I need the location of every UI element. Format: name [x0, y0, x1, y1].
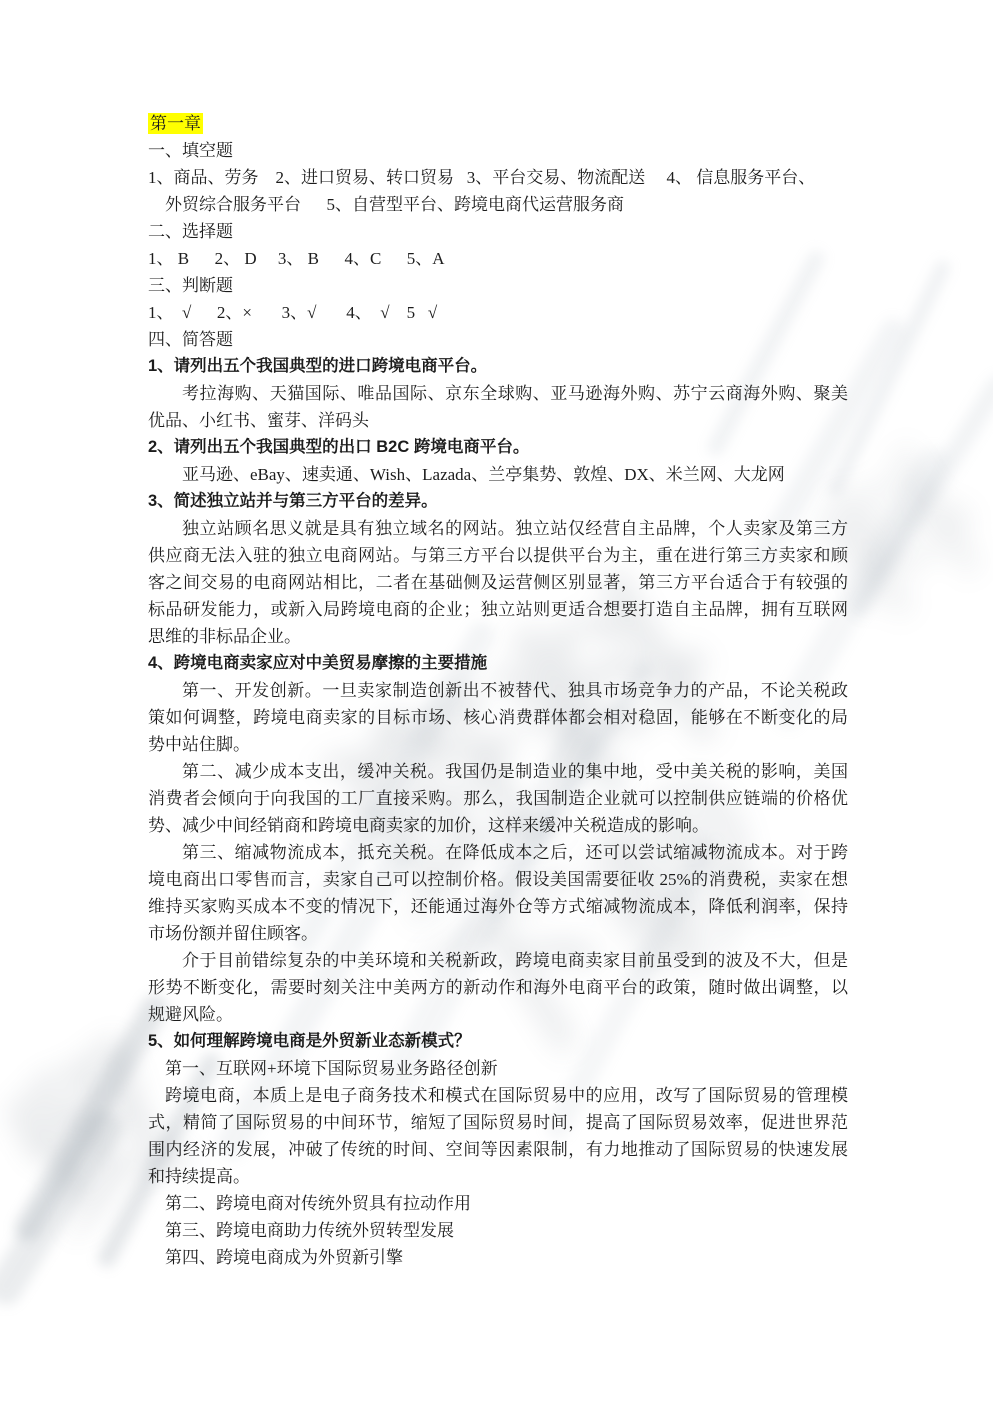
watermark-streak	[0, 1106, 128, 1311]
document-line: 一、填空题	[148, 137, 848, 164]
document-line: 策如何调整，跨境电商卖家的目标市场、核心消费群体都会相对稳固，能够在不断变化的局	[148, 704, 848, 731]
document-line: 消费者会倾向于向我国的工厂直接采购。那么，我国制造企业就可以控制供应链端的价格优	[148, 785, 848, 812]
document-line: 形势不断变化，需要时刻关注中美两方的新动作和海外电商平台的政策，随时做出调整，以	[148, 974, 848, 1001]
question-heading: 3、简述独立站并与第三方平台的差异。	[148, 488, 848, 515]
document-line: 四、简答题	[148, 326, 848, 353]
document-line: 客之间交易的电商网站相比，二者在基础侧及运营侧区别显著，第三方平台适合于有较强的	[148, 569, 848, 596]
document-line: 规避风险。	[148, 1001, 848, 1028]
document-lines: 第一章一、填空题1、商品、劳务 2、进口贸易、转口贸易 3、平台交易、物流配送 …	[148, 110, 848, 1271]
document-line: 外贸综合服务平台 5、自营型平台、跨境电商代运营服务商	[148, 191, 848, 218]
document-line: 第一、开发创新。一旦卖家制造创新出不被替代、独具市场竞争力的产品，不论关税政	[148, 677, 848, 704]
document-line: 势中站住脚。	[148, 731, 848, 758]
document-line: 独立站顾名思义就是具有独立域名的网站。独立站仅经营自主品牌，个人卖家及第三方	[148, 515, 848, 542]
document-line: 供应商无法入驻的独立电商网站。与第三方平台以提供平台为主，重在进行第三方卖家和顾	[148, 542, 848, 569]
document-line: 和持续提高。	[148, 1163, 848, 1190]
document-line: 优品、小红书、蜜芽、洋码头	[148, 407, 848, 434]
question-heading: 1、请列出五个我国典型的进口跨境电商平台。	[148, 353, 848, 380]
document-line: 围内经济的发展，冲破了传统的时间、空间等因素限制，有力地推动了国际贸易的快速发展	[148, 1136, 848, 1163]
document-line: 三、判断题	[148, 272, 848, 299]
document-line: 1、 √ 2、× 3、√ 4、 √ 5 √	[148, 299, 848, 326]
question-heading: 5、如何理解跨境电商是外贸新业态新模式？	[148, 1028, 848, 1055]
document-line: 亚马逊、eBay、速卖通、Wish、Lazada、兰亭集势、敦煌、DX、米兰网、…	[148, 461, 848, 488]
document-line: 标品研发能力，或新入局跨境电商的企业；独立站则更适合想要打造自主品牌，拥有互联网	[148, 596, 848, 623]
document-line: 第四、跨境电商成为外贸新引擎	[148, 1244, 848, 1271]
document-line: 思维的非标品企业。	[148, 623, 848, 650]
document-line: 跨境电商，本质上是电子商务技术和模式在国际贸易中的应用，改写了国际贸易的管理模	[148, 1082, 848, 1109]
document-page: 资料 下载 料 贸 第一章一、填空题1、商品、劳务 2、进口贸易、转口贸易 3、…	[0, 0, 993, 1404]
document-line: 第二、跨境电商对传统外贸具有拉动作用	[148, 1190, 848, 1217]
watermark-streak	[845, 372, 993, 620]
document-line: 式，精简了国际贸易的中间环节，缩短了国际贸易时间，提高了国际贸易效率，促进世界范	[148, 1109, 848, 1136]
document-line: 二、选择题	[148, 218, 848, 245]
document-line: 第一、互联网+环境下国际贸易业务路径创新	[148, 1055, 848, 1082]
question-heading: 2、请列出五个我国典型的出口 B2C 跨境电商平台。	[148, 434, 848, 461]
document-line: 境电商出口零售而言，卖家自己可以控制价格。假设美国需要征收 25%的消费税，卖家…	[148, 866, 848, 893]
document-line: 第三、缩减物流成本，抵充关税。在降低成本之后，还可以尝试缩减物流成本。对于跨	[148, 839, 848, 866]
document-line: 第二、减少成本支出，缓冲关税。我国仍是制造业的集中地，受中美关税的影响，美国	[148, 758, 848, 785]
question-heading: 4、跨境电商卖家应对中美贸易摩擦的主要措施	[148, 650, 848, 677]
document-line: 市场份额并留住顾客。	[148, 920, 848, 947]
chapter-title-highlight: 第一章	[148, 113, 203, 134]
chapter-title: 第一章	[148, 110, 848, 137]
document-line: 第三、跨境电商助力传统外贸转型发展	[148, 1217, 848, 1244]
document-content: 第一章一、填空题1、商品、劳务 2、进口贸易、转口贸易 3、平台交易、物流配送 …	[148, 110, 848, 1271]
document-line: 考拉海购、天猫国际、唯品国际、京东全球购、亚马逊海外购、苏宁云商海外购、聚美	[148, 380, 848, 407]
document-line: 介于目前错综复杂的中美环境和关税新政，跨境电商卖家目前虽受到的波及不大，但是	[148, 947, 848, 974]
document-line: 势、减少中间经销商和跨境电商卖家的加价，这样来缓冲关税造成的影响。	[148, 812, 848, 839]
document-line: 1、 B 2、 D 3、 B 4、C 5、A	[148, 245, 848, 272]
document-line: 维持买家购买成本不变的情况下，还能通过海外仓等方式缩减物流成本，降低利润率，保持	[148, 893, 848, 920]
document-line: 1、商品、劳务 2、进口贸易、转口贸易 3、平台交易、物流配送 4、 信息服务平…	[148, 164, 848, 191]
